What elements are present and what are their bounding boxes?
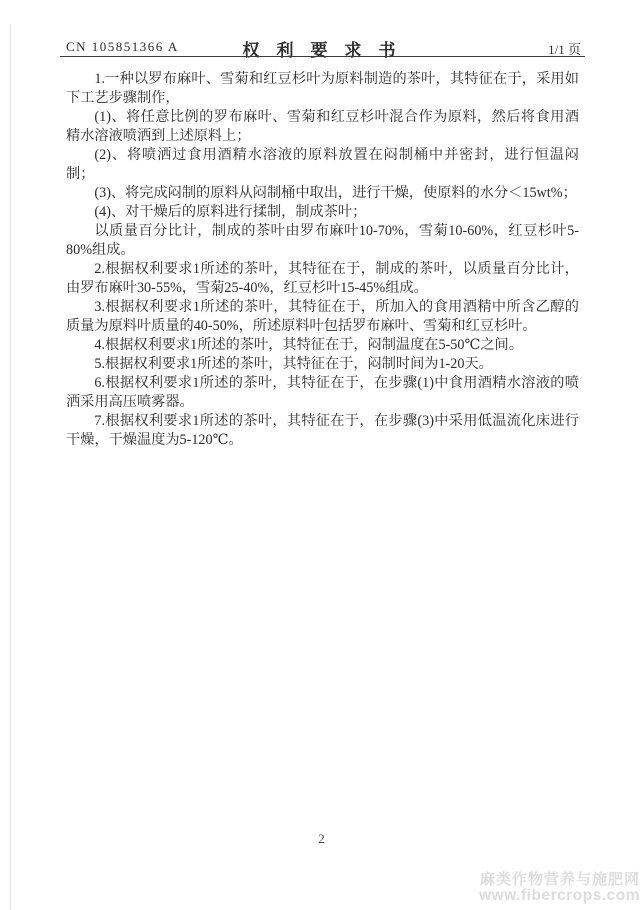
page-number: 2 [0,831,643,847]
watermark-site-url: www.fibercrops.com [479,888,640,904]
claim-paragraph: 3.根据权利要求1所述的茶叶，其特征在于，所加入的食用酒精中所含乙醇的质量为原料… [66,298,579,336]
claim-paragraph: 4.根据权利要求1所述的茶叶，其特征在于，闷制温度在5-50℃之间。 [66,336,579,355]
header-divider [60,56,585,57]
watermark-site-name: 麻类作物营养与施肥网 [479,872,640,888]
scan-edge-line [10,24,11,910]
claim-paragraph: (3)、将完成闷制的原料从闷制桶中取出，进行干燥，使原料的水分＜15wt%； [66,184,579,203]
claim-paragraph: 1.一种以罗布麻叶、雪菊和红豆杉叶为原料制造的茶叶，其特征在于，采用如下工艺步骤… [66,70,579,108]
claim-paragraph: 以质量百分比计，制成的茶叶由罗布麻叶10-70%，雪菊10-60%，红豆杉叶5-… [66,222,579,260]
document-title: 权利要求书 [235,36,413,61]
claim-paragraph: (4)、对干燥后的原料进行揉制，制成茶叶； [66,203,579,222]
claim-paragraph: 7.根据权利要求1所述的茶叶，其特征在于，在步骤(3)中采用低温流化床进行干燥，… [66,412,579,450]
claim-paragraph: 2.根据权利要求1所述的茶叶，其特征在于，制成的茶叶，以质量百分比计，由罗布麻叶… [66,260,579,298]
document-number: CN 105851366 A [66,39,179,55]
claim-paragraph: (2)、将喷洒过食用酒精水溶液的原料放置在闷制桶中并密封，进行恒温闷制； [66,146,579,184]
watermark: 麻类作物营养与施肥网 www.fibercrops.com [479,872,640,904]
claim-paragraph: (1)、将任意比例的罗布麻叶、雪菊和红豆杉叶混合作为原料，然后将食用酒精水溶液喷… [66,108,579,146]
claim-paragraph: 6.根据权利要求1所述的茶叶，其特征在于，在步骤(1)中食用酒精水溶液的喷洒采用… [66,374,579,412]
page-header: CN 105851366 A 权利要求书 1/1 页 [66,36,581,56]
claims-body: 1.一种以罗布麻叶、雪菊和红豆杉叶为原料制造的茶叶，其特征在于，采用如下工艺步骤… [66,70,579,450]
patent-claims-page: CN 105851366 A 权利要求书 1/1 页 1.一种以罗布麻叶、雪菊和… [0,0,643,910]
claim-paragraph: 5.根据权利要求1所述的茶叶，其特征在于，闷制时间为1-20天。 [66,355,579,374]
